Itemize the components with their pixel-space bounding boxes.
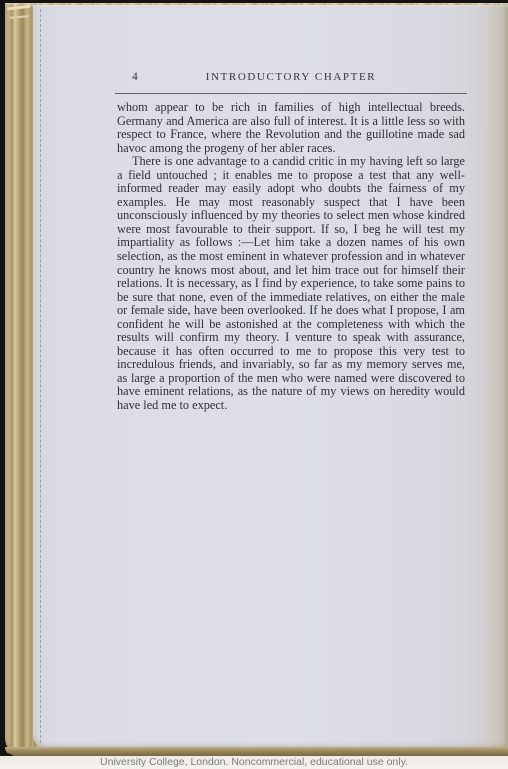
printed-page-content: 4 INTRODUCTORY CHAPTER whom appear to be… <box>117 5 465 413</box>
gutter-stitch-line <box>40 9 41 743</box>
page-number: 4 <box>132 71 138 83</box>
caption-strip: University College, London. Noncommercia… <box>0 756 508 769</box>
book-fore-edge: 4 INTRODUCTORY CHAPTER whom appear to be… <box>5 3 508 756</box>
stacked-page-edge-highlight <box>7 5 31 11</box>
body-text: whom appear to be rich in families of hi… <box>117 101 465 413</box>
paragraph: There is one advantage to a candid criti… <box>117 155 465 412</box>
book-bottom-edge <box>5 747 508 756</box>
page-right-shading <box>468 5 508 749</box>
book-page: 4 INTRODUCTORY CHAPTER whom appear to be… <box>33 5 508 749</box>
stacked-page-edge-highlight <box>9 15 29 19</box>
running-head: 4 INTRODUCTORY CHAPTER <box>117 5 465 87</box>
header-rule <box>115 93 467 94</box>
scanned-book-photo: 4 INTRODUCTORY CHAPTER whom appear to be… <box>0 0 508 769</box>
paragraph: whom appear to be rich in families of hi… <box>117 101 465 155</box>
attribution-caption: University College, London. Noncommercia… <box>0 756 508 769</box>
running-title: INTRODUCTORY CHAPTER <box>206 71 376 83</box>
